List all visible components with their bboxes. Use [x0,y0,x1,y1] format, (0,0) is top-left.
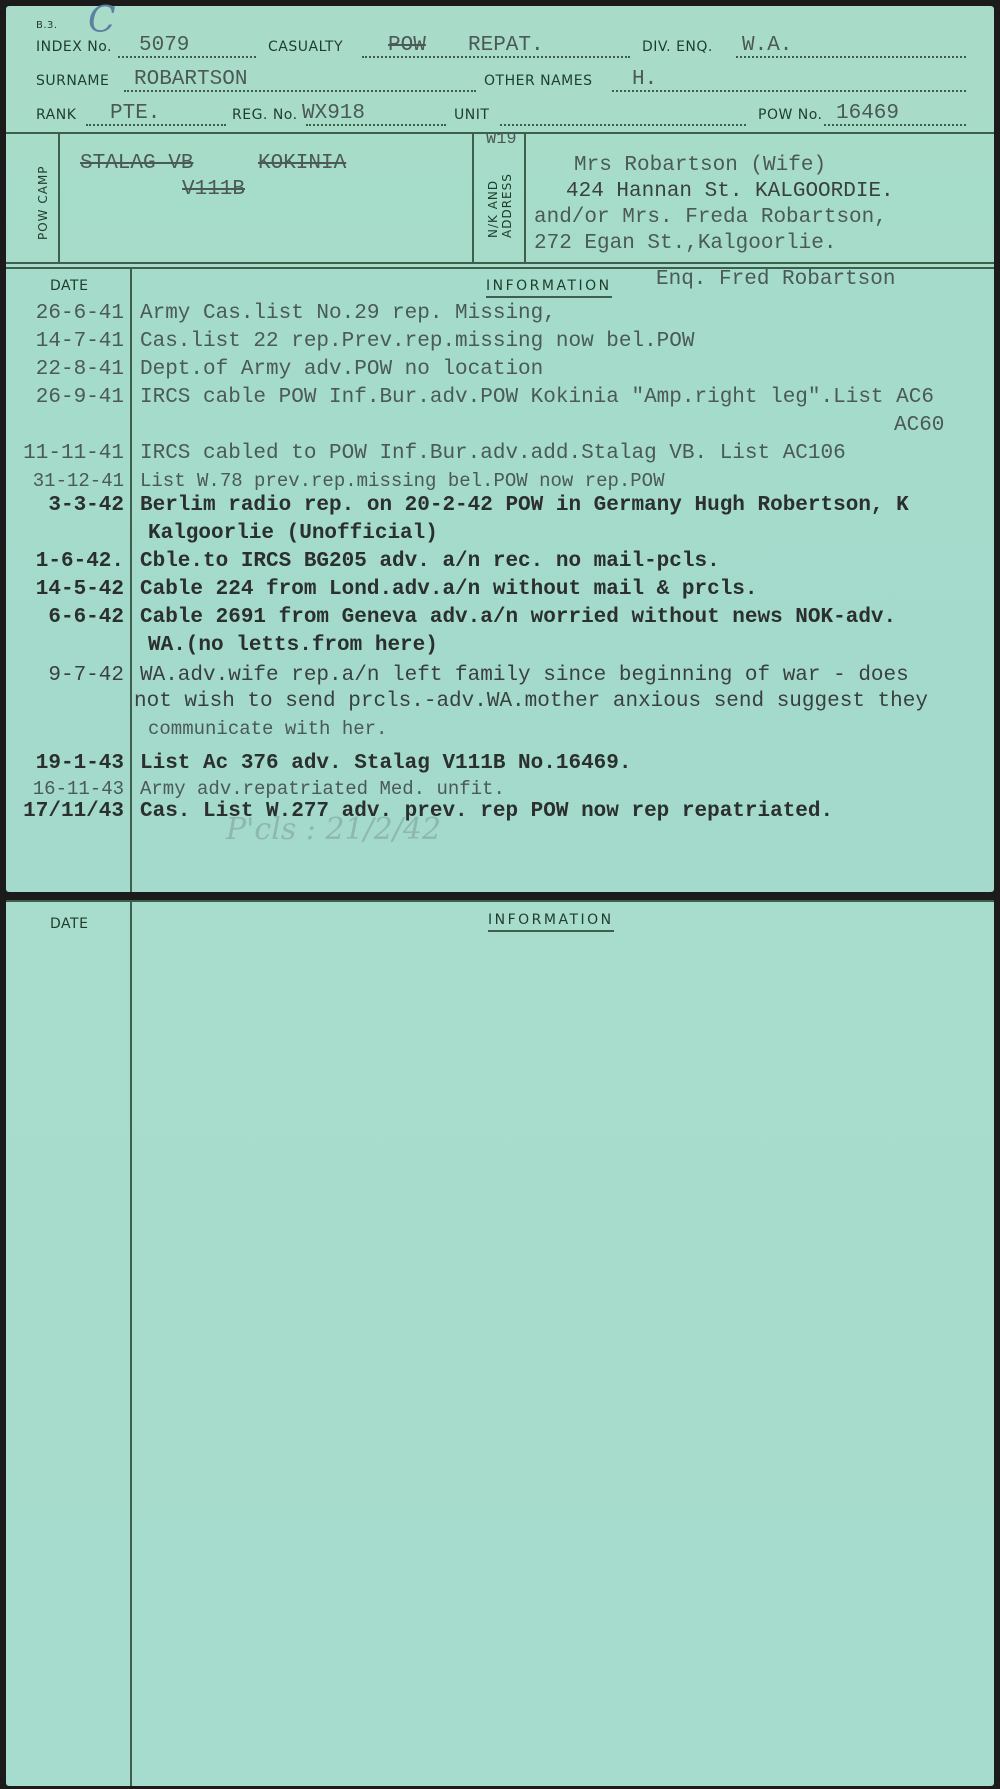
back-date-header: DATE [50,916,88,932]
entry-date: 17/11/43 [12,800,124,823]
other-names-value: H. [632,68,657,91]
reg-no-label: REG. No. [232,107,298,123]
entry-text: Berlim radio rep. on 20-2-42 POW in Germ… [140,494,909,517]
reg-no-value: WX918 [302,102,365,125]
entry-text: IRCS cable POW Inf.Bur.adv.POW Kokinia "… [140,386,934,409]
pow-camp-struck-2: KOKINIA [258,152,346,175]
entry-text: IRCS cabled to POW Inf.Bur.adv.add.Stala… [140,442,846,465]
entry-date: 9-7-42 [12,664,124,687]
nk-address-line-3: and/or Mrs. Freda Robartson, [534,206,887,229]
pow-camp-struck-1: STALAG VB [80,152,193,175]
entry-text: Cable 224 from Lond.adv.a/n without mail… [140,578,758,601]
nk-address-line-4: 272 Egan St.,Kalgoorlie. [534,232,836,255]
entry-date: 11-11-41 [12,442,124,465]
rank-value: PTE. [110,102,160,125]
entry-text-continued: not wish to send prcls.-adv.WA.mother an… [134,690,928,713]
nk-code: W19 [486,130,517,149]
form-code: B.3. [36,20,58,31]
entry-text: Dept.of Army adv.POW no location [140,358,543,381]
entry-date: 26-6-41 [12,302,124,325]
entry-date: 31-12-41 [12,470,124,492]
record-card-back: DATE INFORMATION [6,900,994,1786]
entry-date: 14-5-42 [12,578,124,601]
information-header: INFORMATION [486,278,612,298]
entry-text-continued: communicate with her. [148,718,387,740]
div-enq-label: DIV. ENQ. [642,39,713,55]
entry-text: List W.78 prev.rep.missing bel.POW now r… [140,470,665,492]
nk-label-1: N/K AND [486,180,500,238]
enquirer: Enq. Fred Robartson [656,268,895,291]
pow-no-label: POW No. [758,107,823,123]
unit-label: UNIT [454,107,489,123]
entry-text: Cble.to IRCS BG205 adv. a/n rec. no mail… [140,550,720,573]
entry-text-continued: WA.(no letts.from here) [148,634,438,657]
surname-label: SURNAME [36,73,109,89]
date-header: DATE [50,278,88,294]
entry-text: Cas.list 22 rep.Prev.rep.missing now bel… [140,330,695,353]
nk-address-line-2: 424 Hannan St. KALGOORDIE. [566,180,894,203]
entry-date: 3-3-42 [12,494,124,517]
pow-camp-label: POW CAMP [36,165,50,240]
casualty-label: CASUALTY [268,39,343,55]
nk-label-2: ADDRESS [500,173,514,238]
rank-label: RANK [36,107,76,123]
entry-text: WA.adv.wife rep.a/n left family since be… [140,664,909,687]
pencil-mark: C [88,0,116,41]
casualty-value: REPAT. [468,34,544,57]
index-value: 5079 [139,34,189,57]
entry-text-continued: Kalgoorlie (Unofficial) [148,522,438,545]
entry-text: List Ac 376 adv. Stalag V111B No.16469. [140,752,631,775]
entry-date: 19-1-43 [12,752,124,775]
casualty-struck: POW [388,34,426,57]
entry-date: 26-9-41 [12,386,124,409]
entry-text: Army Cas.list No.29 rep. Missing, [140,302,556,325]
entry-date: 14-7-41 [12,330,124,353]
pow-camp-struck-3: V111B [182,178,245,201]
back-information-header: INFORMATION [488,912,614,932]
nk-address-line-1: Mrs Robartson (Wife) [574,154,826,177]
div-enq-value: W.A. [742,34,792,57]
other-names-label: OTHER NAMES [484,73,592,89]
entry-date: 16-11-43 [12,778,124,800]
entry-date: 6-6-42 [12,606,124,629]
entry-text: Cable 2691 from Geneva adv.a/n worried w… [140,606,896,629]
entry-date: 22-8-41 [12,358,124,381]
index-label: INDEX No. [36,39,112,55]
entry-text-continued: AC60 [894,414,944,437]
record-card-front: B.3. C INDEX No. 5079 CASUALTY POW REPAT… [6,6,994,892]
entry-date: 1-6-42. [12,550,124,573]
entry-text: Army adv.repatriated Med. unfit. [140,778,505,800]
surname-value: ROBARTSON [134,68,247,91]
pow-no-value: 16469 [836,102,899,125]
entry-text: Cas. List W.277 adv. prev. rep POW now r… [140,800,833,823]
